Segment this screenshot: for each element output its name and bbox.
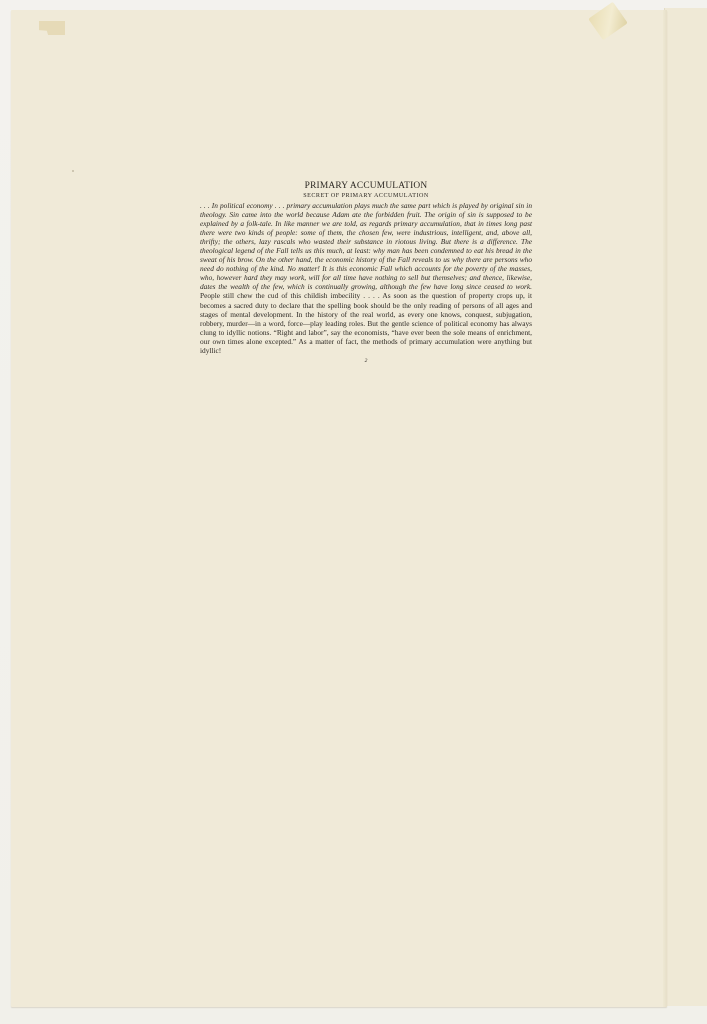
page-number: 2 (200, 357, 532, 365)
sheet-deckle-edge (663, 10, 667, 1007)
adjacent-sheet-edge (664, 8, 707, 1006)
page-title: PRIMARY ACCUMULATION (200, 181, 532, 192)
body-italic-passage: . . . In political economy . . . primary… (200, 201, 532, 291)
text-block: PRIMARY ACCUMULATION SECRET OF PRIMARY A… (200, 181, 532, 365)
body-paragraph: . . . In political economy . . . primary… (200, 201, 532, 355)
body-roman-passage: People still chew the cud of this childi… (200, 291, 532, 354)
paper-sheet (11, 10, 667, 1007)
page-subtitle: SECRET OF PRIMARY ACCUMULATION (200, 192, 532, 200)
paper-speck (72, 170, 74, 172)
